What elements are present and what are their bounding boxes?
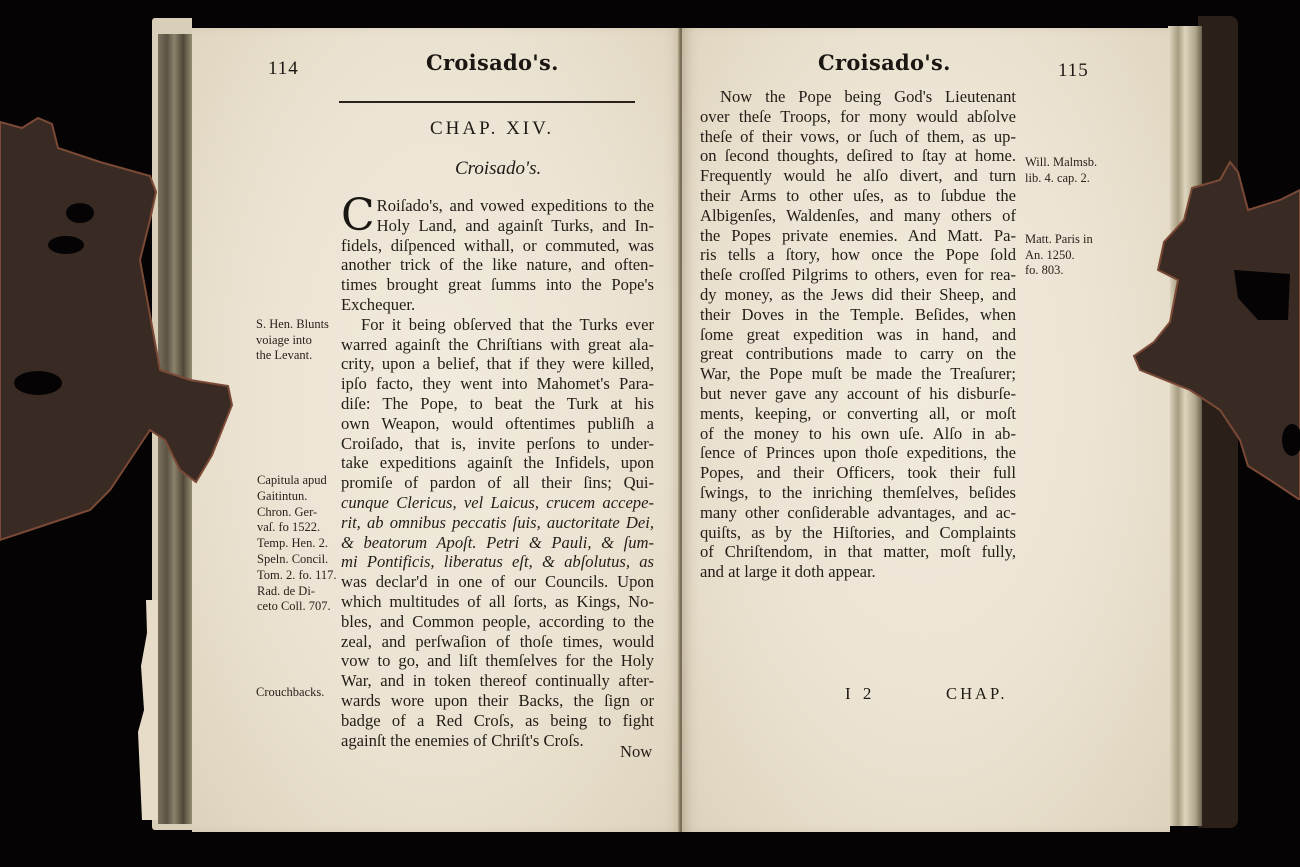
chapter-subtitle: Croisado's.	[455, 158, 541, 180]
text-line: rit, ab omnibus peccatis ſuis, auctorita…	[341, 513, 654, 533]
text-line: another trick of the like nature, and of…	[341, 255, 654, 275]
margin-note: Capitula apud Gaitintun. Chron. Ger- vaſ…	[257, 473, 337, 615]
book-photo-scene: 114 Croisado's. CHAP. XIV. Croisado's. C…	[0, 0, 1300, 867]
text-line: War, the Pope muſt be made the Treaſurer…	[700, 364, 1016, 384]
header-rule	[339, 101, 635, 103]
text-line: quiſts, as by the Hiſtories, and Complai…	[700, 523, 1016, 543]
right-page-number: 115	[1058, 60, 1089, 82]
text-line: mi Pontificis, liberatus eſt, & abſolutu…	[341, 552, 654, 572]
text-line: theſe croſſed Pilgrims to others, even f…	[700, 265, 1016, 285]
margin-note: S. Hen. Blunts voiage into the Levant.	[256, 317, 329, 364]
text-line: Albigenſes, Waldenſes, and many others o…	[700, 206, 1016, 226]
text-line: great contributions made to carry on the	[700, 344, 1016, 364]
left-page-number: 114	[268, 58, 299, 80]
signature-mark: I 2	[845, 684, 875, 704]
text-line: Roiſado's, and vowed expeditions to the	[341, 196, 654, 216]
text-line: & beatorum Apoſt. Petri & Pauli, & ſum-	[341, 533, 654, 553]
text-line: take expeditions againſt the Infidels, u…	[341, 453, 654, 473]
text-line: ſence of Princes upon thoſe expeditions,…	[700, 443, 1016, 463]
text-line: of the money to his own uſe. Alſo in ab-	[700, 424, 1016, 444]
drop-cap: C	[341, 198, 375, 234]
text-line: zeal, and perſwaſion of thoſe times, wou…	[341, 632, 654, 652]
text-line: wards wore upon their Backs, the ſign or	[341, 691, 654, 711]
torn-flyleaf-edge	[138, 600, 158, 820]
text-line: their Arms to other uſes, as to ſubdue t…	[700, 186, 1016, 206]
text-line: was declar'd in one of our Councils. Upo…	[341, 572, 654, 592]
text-line: cunque Clericus, vel Laicus, crucem acce…	[341, 493, 654, 513]
text-line: promiſe of pardon of all their ſins; Qui…	[341, 473, 654, 493]
text-line: of Chriſtendom, in that matter, moſt ful…	[700, 542, 1016, 562]
text-line: theſe of their vows, or ſuch of them, as…	[700, 127, 1016, 147]
chapter-title: CHAP. XIV.	[430, 118, 554, 140]
margin-note: Matt. Paris in An. 1250. fo. 803.	[1025, 232, 1093, 279]
left-metal-clasp	[0, 110, 240, 550]
text-line: Popes, and their Officers, took their fu…	[700, 463, 1016, 483]
text-line: warred againſt the Chriſtians with great…	[341, 335, 654, 355]
margin-note: Will. Malmsb. lib. 4. cap. 2.	[1025, 155, 1097, 186]
text-line: times brought great ſumms into the Pope'…	[341, 275, 654, 295]
text-line: badge of a Red Croſs, as being to fight	[341, 711, 654, 731]
text-line: on ſecond thoughts, deſired to ſtay at h…	[700, 146, 1016, 166]
text-line: ments, keeping, or converting all, or mo…	[700, 404, 1016, 424]
text-line: Frequently would he alſo divert, and tur…	[700, 166, 1016, 186]
text-line: which multitudes of all ſorts, as Kings,…	[341, 592, 654, 612]
left-page-body: C Roiſado's, and vowed expeditions to th…	[341, 196, 654, 750]
text-line: bles, and Common people, according to th…	[341, 612, 654, 632]
right-running-head: Croisado's.	[818, 50, 951, 75]
text-line: diſe: The Pope, to beat the Turk at his	[341, 394, 654, 414]
text-line: but never gave any account of his disbur…	[700, 384, 1016, 404]
right-metal-clasp	[1130, 160, 1300, 500]
text-line: vow to go, and liſt themſelves for the H…	[341, 651, 654, 671]
text-line: crity, upon a belief, that if they were …	[341, 354, 654, 374]
text-line: ſwings, to the inriching themſelves, beſ…	[700, 483, 1016, 503]
text-line: ſome great expedition was in hand, and	[700, 325, 1016, 345]
text-line: For it being obſerved that the Turks eve…	[341, 315, 654, 335]
text-line: the Popes private enemies. And Matt. Pa-	[700, 226, 1016, 246]
text-line: Holy Land, and againſt Turks, and In-	[341, 216, 654, 236]
text-line: Now the Pope being God's Lieutenant	[700, 87, 1016, 107]
text-line: War, and in token thereof continually af…	[341, 671, 654, 691]
text-line: own Weapon, would oftentimes publiſh a	[341, 414, 654, 434]
text-line: their Doves in the Temple. Beſides, when	[700, 305, 1016, 325]
right-page-body: Now the Pope being God's Lieutenant over…	[700, 87, 1016, 582]
text-line: over theſe Troops, for mony would abſolv…	[700, 107, 1016, 127]
text-line: ipſo facto, they went into Mahomet's Par…	[341, 374, 654, 394]
text-line: fidels, diſpenced withall, or commuted, …	[341, 236, 654, 256]
text-line: many other conſiderable advantages, and …	[700, 503, 1016, 523]
text-line: and at large it doth appear.	[700, 562, 1016, 582]
text-line: ris tells a ſtory, how once the Pope ſol…	[700, 245, 1016, 265]
text-line: againſt the enemies of Chriſt's Croſs.	[341, 731, 654, 751]
text-line: dy money, as the Jews did their Sheep, a…	[700, 285, 1016, 305]
left-running-head: Croisado's.	[426, 50, 559, 75]
text-line: Croiſado, that is, invite perſons to und…	[341, 434, 654, 454]
text-line: Exchequer.	[341, 295, 654, 315]
margin-note: Crouchbacks.	[256, 685, 324, 701]
right-catchword: CHAP.	[946, 684, 1008, 704]
left-catchword: Now	[620, 742, 652, 762]
